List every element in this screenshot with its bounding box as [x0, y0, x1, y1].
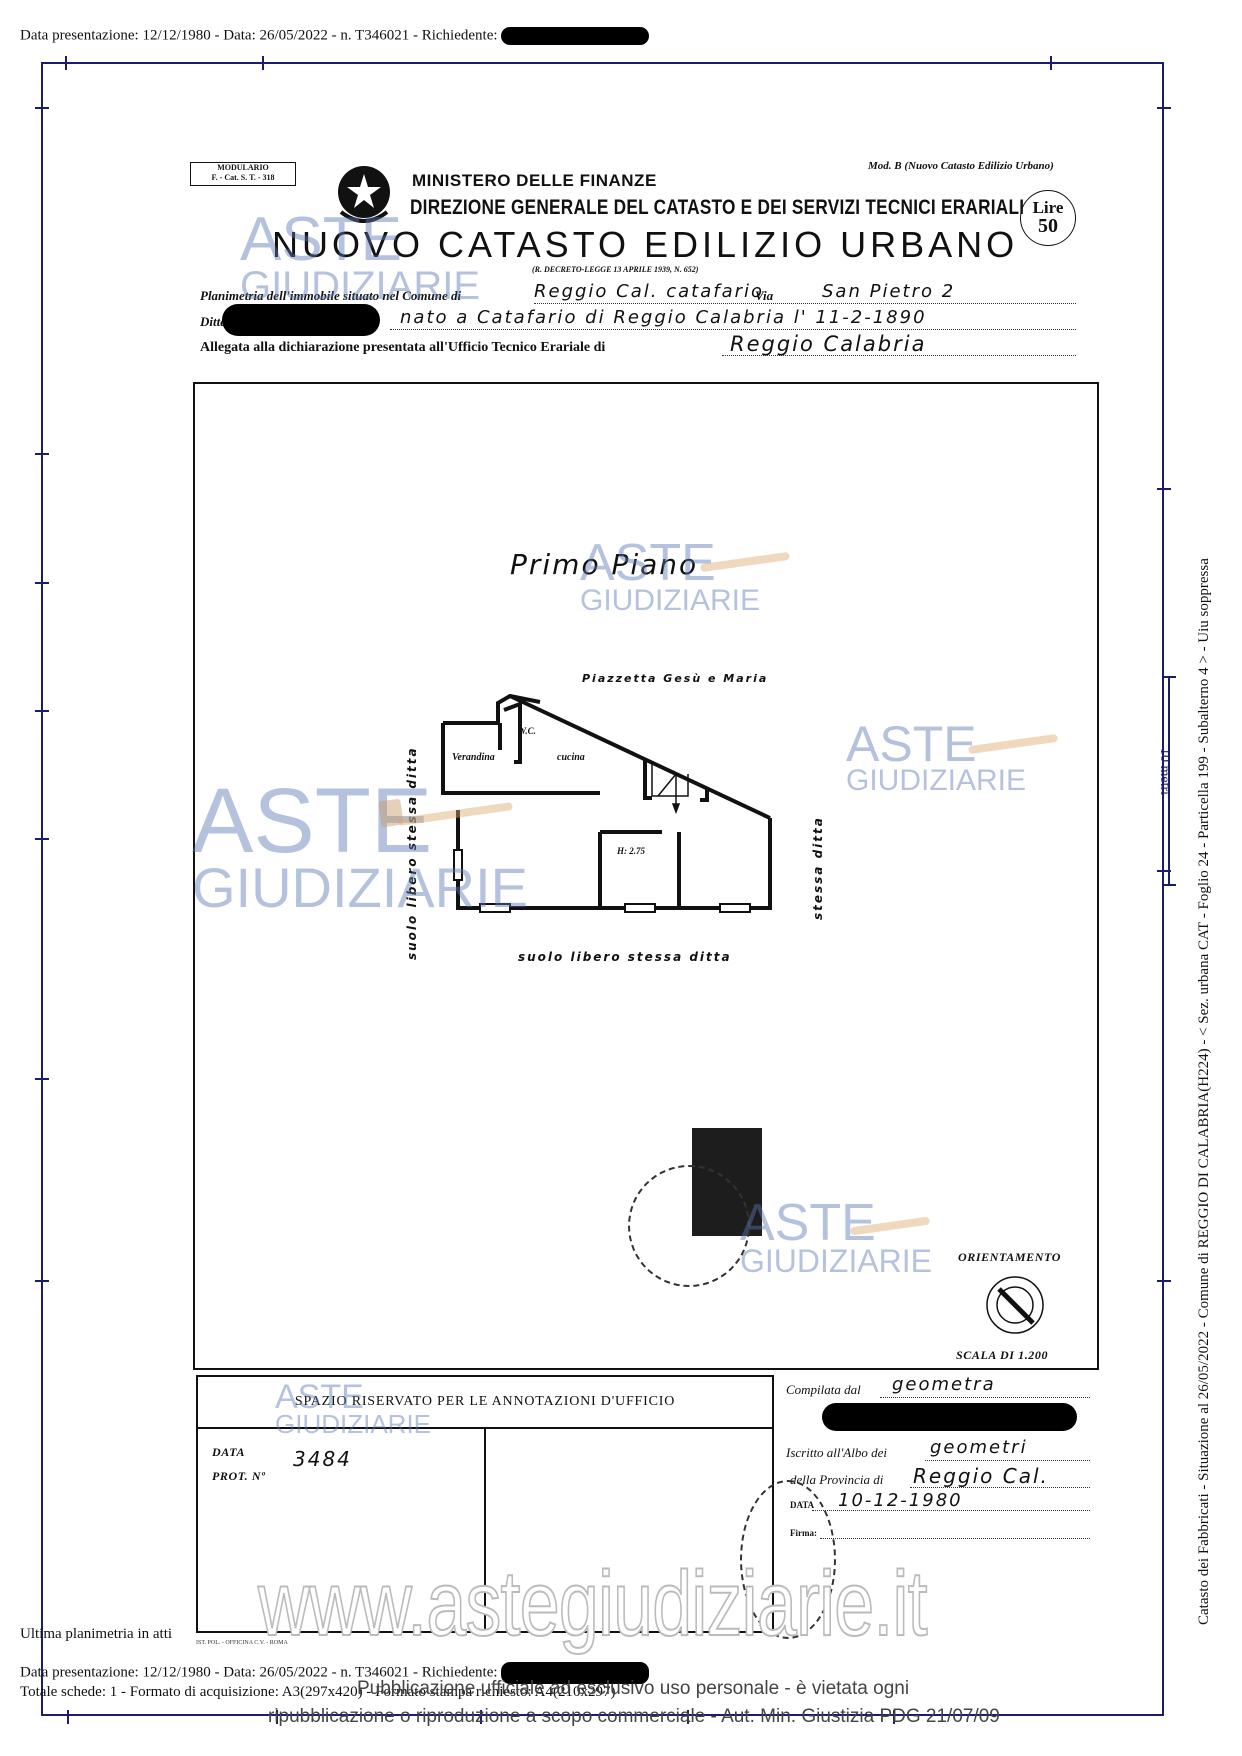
provincia-value: Reggio Cal.: [913, 1464, 1049, 1488]
annotation-date-label: DATA: [212, 1445, 245, 1460]
frame-tick: [35, 838, 49, 840]
compilata-label: Compilata dal: [786, 1382, 861, 1398]
frame-tick: [35, 1280, 49, 1282]
frame-tick: [1050, 56, 1052, 70]
compilata-field-line: [880, 1397, 1090, 1398]
frame-tick: [262, 56, 264, 70]
comune-value: Reggio Cal. catafario: [534, 281, 764, 302]
scale-bar-tick: [1162, 676, 1176, 678]
decree-reference: (R. DECRETO-LEGGE 13 APRILE 1939, N. 652…: [532, 265, 698, 274]
stamp-duty-value: 50: [1021, 217, 1075, 235]
redacted-owner: [222, 304, 380, 336]
direction-title: DIREZIONE GENERALE DEL CATASTO E DEI SER…: [410, 196, 1024, 220]
usage-notice-line-1: Pubblicazione ufficiale ad esclusivo uso…: [357, 1678, 909, 1700]
frame-tick: [35, 1078, 49, 1080]
room-label-wc: W.C.: [518, 726, 536, 736]
frame-tick: [67, 1710, 69, 1724]
allegata-label: Allegata alla dichiarazione presentata a…: [200, 340, 605, 356]
room-label-verandina: Verandina: [452, 752, 495, 763]
room-label-cucina: cucina: [557, 752, 585, 763]
comune-field-line: [534, 303, 1076, 304]
annotation-prot-label: PROT. Nº: [212, 1469, 265, 1484]
redacted-compiler-name: [822, 1403, 1077, 1431]
model-b-label: Mod. B (Nuovo Catasto Edilizio Urbano): [868, 160, 1054, 172]
west-boundary-label: suolo libero stessa ditta: [405, 746, 419, 960]
frame-tick: [65, 56, 67, 70]
north-boundary-label: Piazzetta Gesù e Maria: [582, 672, 768, 685]
header-meta: Data presentazione: 12/12/1980 - Data: 2…: [20, 27, 649, 45]
south-boundary-label: suolo libero stessa ditta: [518, 950, 732, 964]
ditta-value: nato a Catafario di Reggio Calabria l' 1…: [400, 307, 927, 328]
frame-tick: [35, 582, 49, 584]
document-title: NUOVO CATASTO EDILIZIO URBANO: [272, 224, 1018, 266]
modulario-box: MODULARIO F. - Cat. S. T. - 318: [190, 162, 296, 186]
redacted-requester: [501, 27, 649, 45]
via-label: Via: [755, 288, 773, 304]
annotations-title: SPAZIO RISERVATO PER LE ANNOTAZIONI D'UF…: [198, 1377, 772, 1429]
annotation-prot-value: 3484: [293, 1447, 352, 1471]
east-boundary-label: stessa ditta: [811, 816, 825, 920]
scale-label: SCALA DI 1.200: [956, 1348, 1048, 1363]
compiler-date-value: 10-12-1980: [838, 1490, 963, 1511]
via-value: San Pietro 2: [822, 281, 955, 302]
usage-notice-line-2: ripubblicazione o riproduzione a scopo c…: [268, 1706, 1000, 1728]
compass-icon: [985, 1275, 1045, 1335]
orientation-label: ORIENTAMENTO: [958, 1250, 1061, 1265]
frame-tick: [35, 710, 49, 712]
site-watermark: www.astegiudiziarie.it: [258, 1552, 927, 1657]
last-plan-note: Ultima planimetria in atti: [20, 1626, 172, 1643]
compilata-value: geometra: [892, 1374, 996, 1395]
scale-bar-label: 10 metri: [1156, 748, 1172, 795]
frame-tick: [1157, 107, 1171, 109]
planimetria-label: Planimetria dell'immobile situato nel Co…: [200, 288, 461, 304]
ceiling-height-label: H: 2.75: [617, 846, 645, 856]
modulario-code: F. - Cat. S. T. - 318: [191, 173, 295, 183]
ufficio-value: Reggio Calabria: [730, 332, 926, 356]
stamp-duty-badge: Lire 50: [1020, 190, 1076, 246]
frame-tick: [35, 107, 49, 109]
iscritto-field-line: [925, 1460, 1090, 1461]
scale-bar-tick: [1162, 884, 1176, 886]
republic-emblem-icon: [333, 160, 395, 230]
college-seal-icon: [628, 1165, 750, 1287]
ministry-title: MINISTERO DELLE FINANZE: [412, 171, 657, 191]
header-meta-text: Data presentazione: 12/12/1980 - Data: 2…: [20, 27, 498, 43]
catasto-side-text: Catasto dei Fabbricati - Situazione al 2…: [1196, 558, 1213, 1625]
floor-title: Primo Piano: [510, 548, 698, 581]
modulario-label: MODULARIO: [191, 163, 295, 173]
frame-tick: [1157, 488, 1171, 490]
iscritto-value: geometri: [930, 1437, 1028, 1458]
firma-line: [820, 1538, 1090, 1539]
ditta-field-line: [390, 329, 1076, 330]
iscritto-label: Iscritto all'Albo dei: [786, 1445, 887, 1461]
frame-tick: [1157, 1280, 1171, 1282]
frame-tick: [35, 453, 49, 455]
